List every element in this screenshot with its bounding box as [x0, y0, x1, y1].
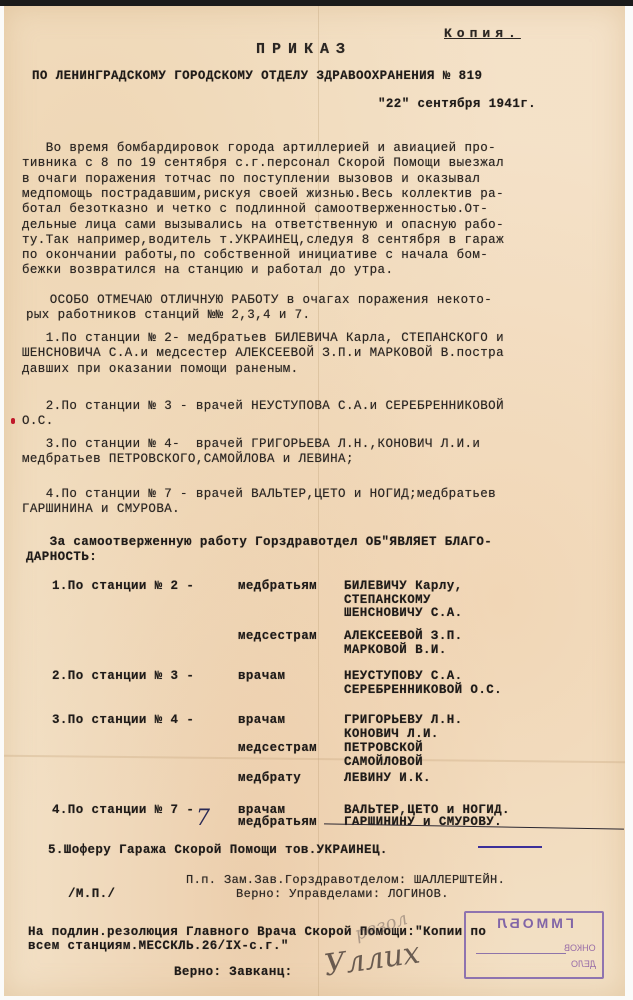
gratitude-station: 1.По станции № 2 - [52, 578, 194, 594]
paper-fold-horizontal [4, 755, 625, 764]
gratitude-line: ДАРНОСТЬ: [26, 549, 97, 565]
commendation-line: давших при оказании помощи раненым. [22, 361, 299, 377]
commendation-line: 2.По станции № 3 - врачей НЕУСТУПОВА С.А… [22, 398, 504, 414]
stamp-divider [476, 953, 566, 954]
intro-line: ту.Так например,водитель т.УКРАИНЕЦ,след… [22, 232, 504, 248]
commendation-line: ШЕНСНОВИЧА С.А.и медсестер АЛЕКСЕЕВОЙ З.… [22, 345, 504, 361]
item-5-driver: 5.Шоферу Гаража Скорой Помощи тов.УКРАИН… [48, 842, 388, 858]
gratitude-role: медсестрам [238, 740, 317, 756]
office-stamp: ГММОБЛ ОНКОВ ДЕЛО [464, 911, 604, 979]
intro-line: в очаги поражения тотчас по поступлении … [22, 171, 480, 187]
document-subtitle: ПО ЛЕНИНГРАДСКОМУ ГОРОДСКОМУ ОТДЕЛУ ЗДРА… [32, 68, 482, 84]
intro-line: тивника с 8 по 19 сентября с.г.персонал … [22, 155, 504, 171]
gratitude-name: САМОЙЛОВОЙ [344, 754, 423, 770]
gratitude-role: медбратьям [238, 814, 317, 830]
intro-line: Во время бомбардировок города артиллерие… [22, 140, 496, 156]
commendation-line: О.С. [22, 413, 54, 429]
gratitude-line: За самоотверженную работу Горздравотдел … [26, 534, 492, 550]
commendation-line: 1.По станции № 2- медбратьев БИЛЕВИЧА Ка… [22, 330, 504, 346]
document-page: Копия. ПРИКАЗ ПО ЛЕНИНГРАДСКОМУ ГОРОДСКО… [4, 6, 625, 996]
handwritten-signature: Уллих [322, 935, 422, 983]
gratitude-name: ГАРШИНИНУ и СМУРОВУ. [344, 814, 502, 830]
commendation-line: 4.По станции № 7 - врачей ВАЛЬТЕР,ЦЕТО и… [22, 486, 496, 502]
gratitude-station: 3.По станции № 4 - [52, 712, 194, 728]
intro-line: бежки возвратился на станцию и работал д… [22, 262, 393, 278]
document-title: ПРИКАЗ [256, 42, 352, 58]
stamp-row-1: ОНКОВ [564, 943, 596, 953]
gratitude-station: 4.По станции № 7 - [52, 802, 194, 818]
intro-line: медпомощь пострадавшим,рискуя своей жизн… [22, 186, 504, 202]
blue-pen-underline [478, 846, 542, 848]
intro-line: по окончании работы,по собственной иници… [22, 247, 488, 263]
gratitude-name: МАРКОВОЙ В.И. [344, 642, 447, 658]
gratitude-role: врачам [238, 668, 285, 684]
intro-line: дельные лица сами вызывались на ответств… [22, 217, 504, 233]
commendation-line: ГАРШИНИНА и СМУРОВА. [22, 501, 180, 517]
gratitude-role: медбратьям [238, 578, 317, 594]
handwritten-station-number: 7 [196, 806, 210, 831]
stamp-row-2: ДЕЛО [571, 959, 596, 969]
gratitude-role: медбрату [238, 770, 301, 786]
note-line: ОСОБО ОТМЕЧАЮ ОТЛИЧНУЮ РАБОТУ в очагах п… [26, 292, 492, 308]
signature-verified: Верно: Управделами: ЛОГИНОВ. [236, 886, 449, 902]
resolution-line: всем станциям.МЕССКЛЬ.26/IX-с.г." [28, 938, 289, 954]
commendation-line: 3.По станции № 4- врачей ГРИГОРЬЕВА Л.Н.… [22, 436, 480, 452]
gratitude-name: ШЕНСНОВИЧУ С.А. [344, 605, 463, 621]
intro-line: ботал безотказно и четко с подлинной сам… [22, 201, 488, 217]
gratitude-name: СЕРЕБРЕННИКОВОЙ О.С. [344, 682, 502, 698]
certified-label: Верно: Завканц: [174, 964, 293, 980]
gratitude-role: врачам [238, 712, 285, 728]
stamp-title: ГММОБЛ [466, 915, 602, 931]
document-date: "22" сентября 1941г. [378, 96, 536, 112]
commendation-line: медбратьев ПЕТРОВСКОГО,САМОЙЛОВА и ЛЕВИН… [22, 451, 354, 467]
ink-mark [11, 418, 15, 424]
gratitude-name: ЛЕВИНУ И.К. [344, 770, 431, 786]
gratitude-role: медсестрам [238, 628, 317, 644]
seal-mark: /М.П./ [68, 886, 115, 902]
gratitude-station: 2.По станции № 3 - [52, 668, 194, 684]
copy-mark: Копия. [444, 26, 521, 42]
note-line: рых работников станций №№ 2,3,4 и 7. [26, 307, 310, 323]
